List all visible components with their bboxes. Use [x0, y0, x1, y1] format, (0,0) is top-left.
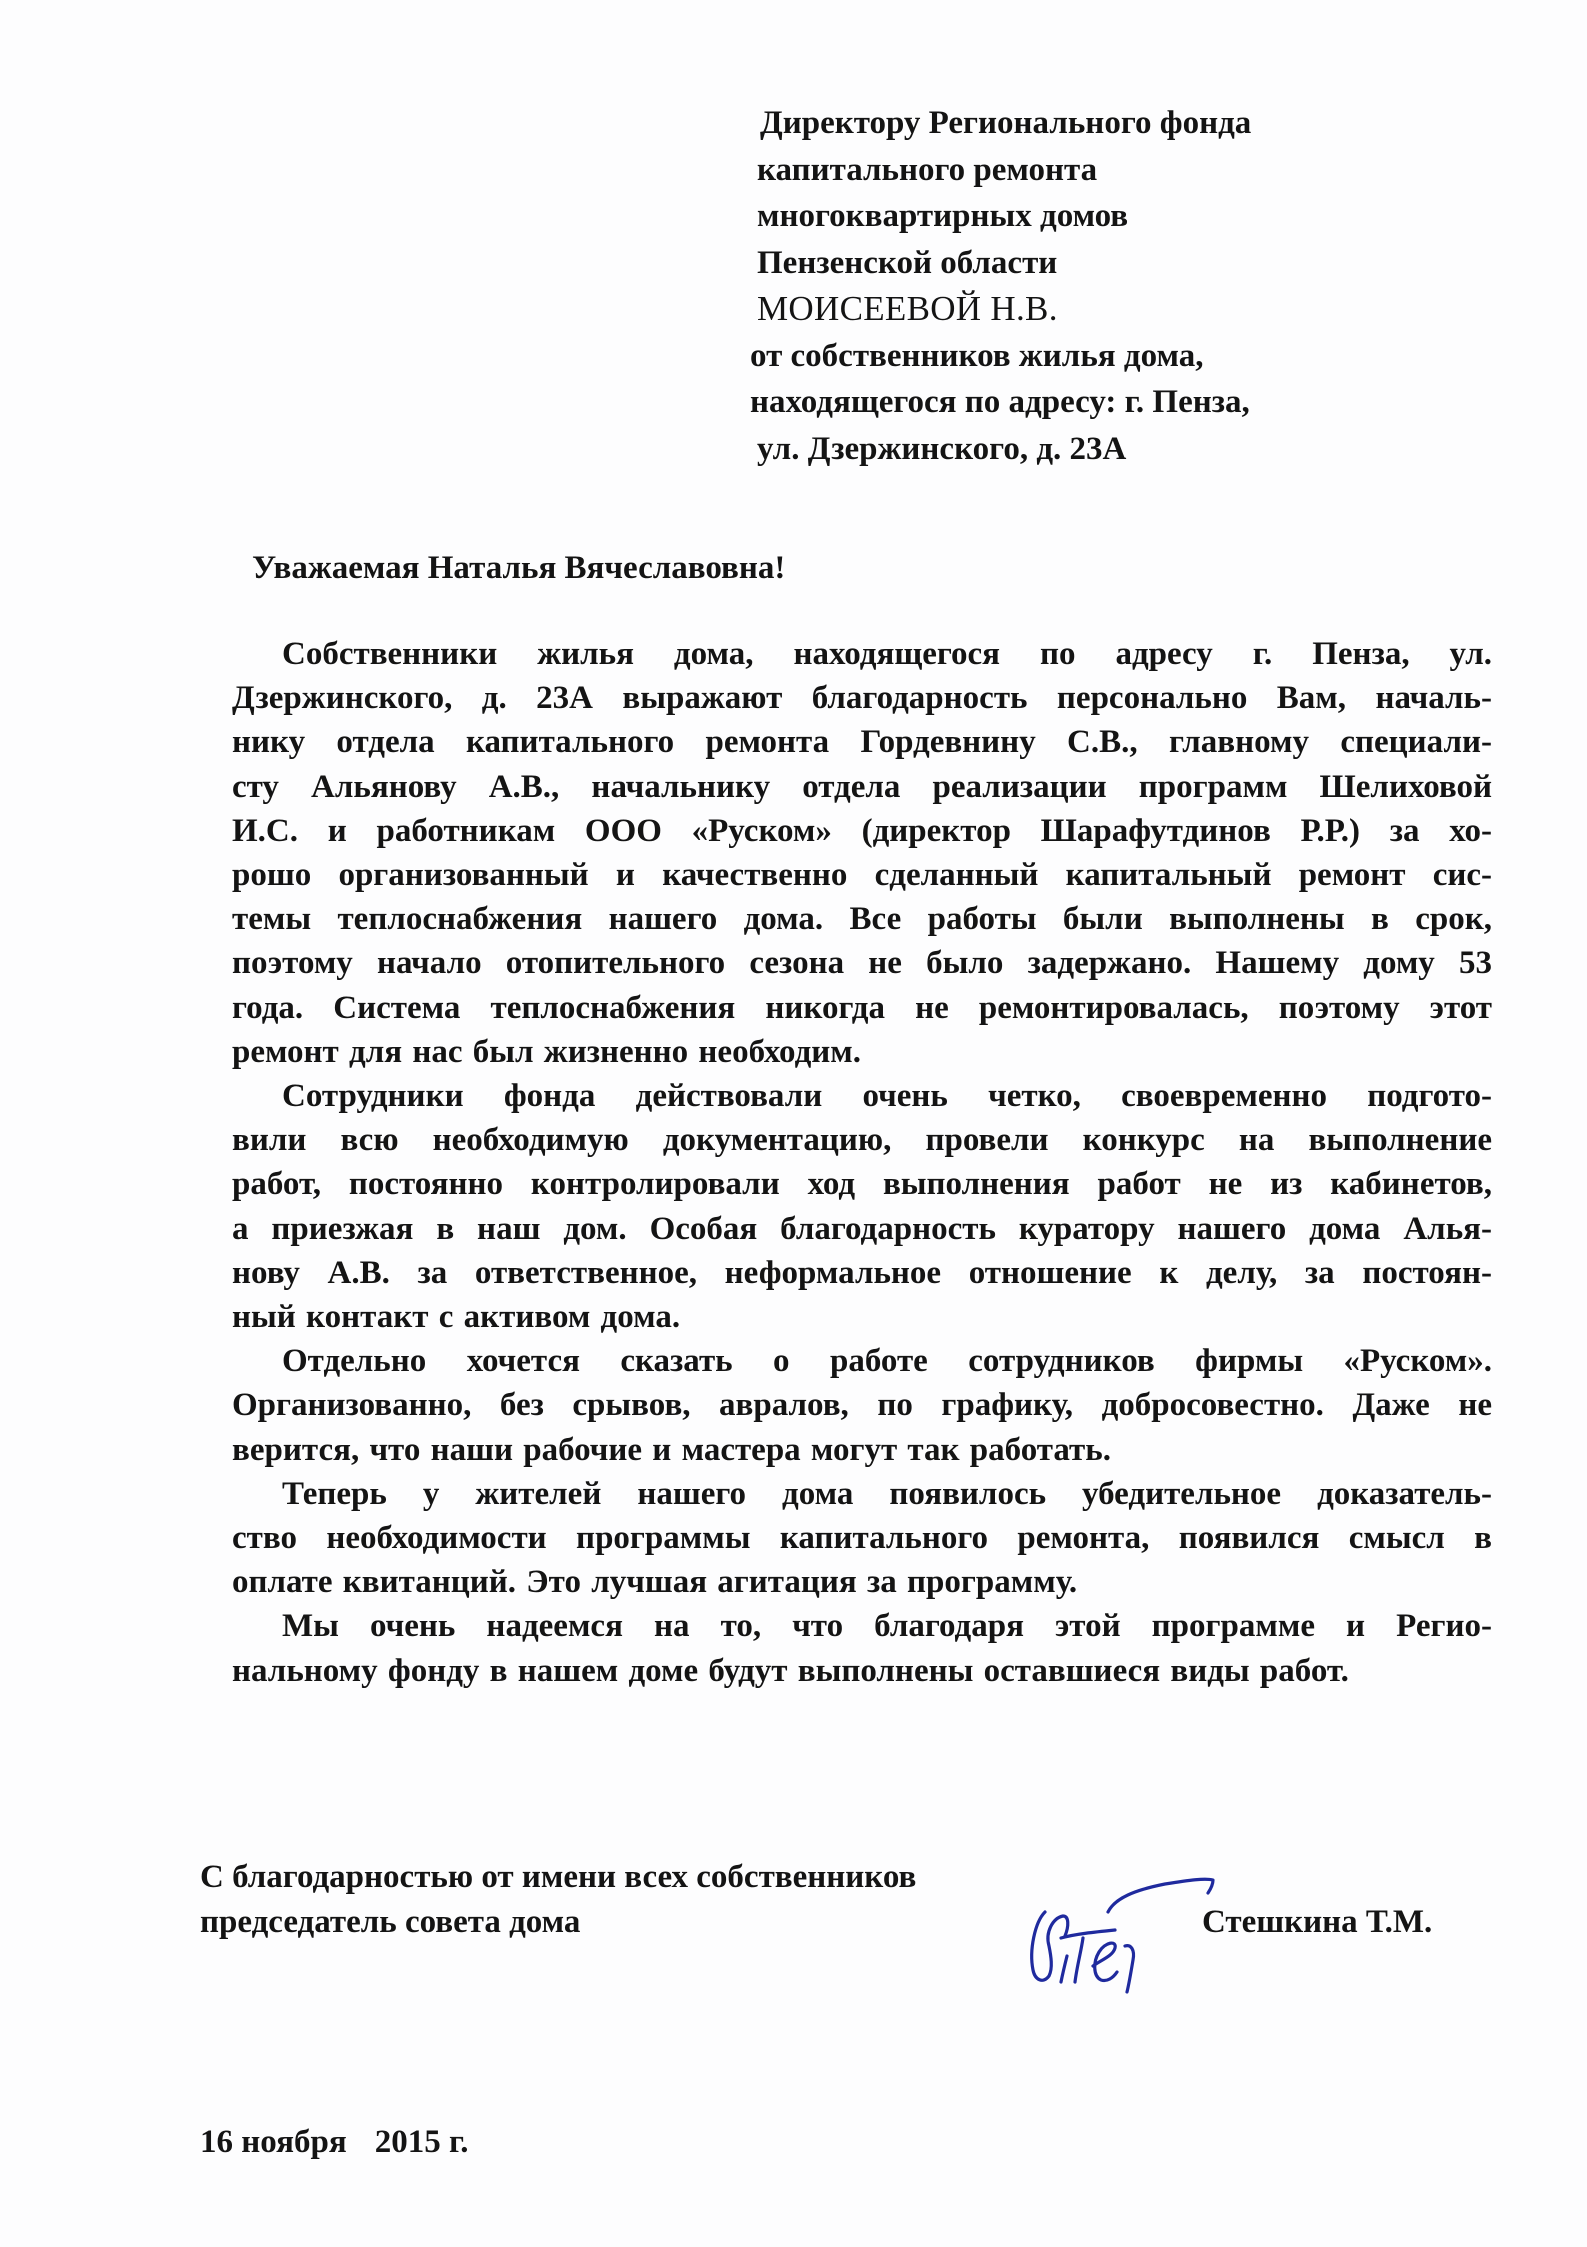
addressee-line: находящегося по адресу: г. Пенза, — [750, 379, 1395, 426]
text-line: Собственники жилья дома, находящегося по… — [182, 632, 1492, 676]
text-line: И.С. и работникам ООО «Руском» (директор… — [182, 809, 1492, 853]
text-line: работ, постоянно контролировали ход выпо… — [182, 1162, 1492, 1206]
text-line: вили всю необходимую документацию, прове… — [182, 1118, 1492, 1162]
text-line: Дзержинского, д. 23А выражают благодарно… — [182, 676, 1492, 720]
addressee-line: Директору Регионального фонда — [760, 100, 1395, 147]
text-line: нову А.В. за ответственное, неформальное… — [182, 1251, 1492, 1295]
text-line: Организованно, без срывов, авралов, по г… — [182, 1383, 1492, 1427]
signer-title: председатель совета дома — [200, 1900, 916, 1945]
paragraph: Сотрудники фонда действовали очень четко… — [182, 1074, 1492, 1339]
text-line: темы теплоснабжения нашего дома. Все раб… — [182, 897, 1492, 941]
paragraph: Отдельно хочется сказать о работе сотруд… — [182, 1339, 1492, 1472]
text-line: рошо организованный и качественно сделан… — [182, 853, 1492, 897]
text-line: нику отдела капитального ремонта Гордевн… — [182, 720, 1492, 764]
text-line: ство необходимости программы капитальног… — [182, 1516, 1492, 1560]
text-line: нальному фонду в нашем доме будут выполн… — [182, 1649, 1492, 1693]
addressee-line: от собственников жилья дома, — [750, 333, 1395, 380]
text-line: ремонт для нас был жизненно необходим. — [182, 1030, 1492, 1074]
text-line: Мы очень надеемся на то, что благодаря э… — [182, 1604, 1492, 1648]
text-line: сту Альянову А.В., начальнику отдела реа… — [182, 765, 1492, 809]
addressee-block: Директору Регионального фонда капитально… — [755, 100, 1395, 472]
text-line: года. Система теплоснабжения никогда не … — [182, 986, 1492, 1030]
text-line: ный контакт с активом дома. — [182, 1295, 1492, 1339]
text-line: оплате квитанций. Это лучшая агитация за… — [182, 1560, 1492, 1604]
closing-line: С благодарностью от имени всех собственн… — [200, 1855, 916, 1900]
addressee-line: Пензенской области — [757, 240, 1395, 287]
text-line: Теперь у жителей нашего дома появилось у… — [182, 1472, 1492, 1516]
addressee-line: капитального ремонта — [757, 147, 1395, 194]
text-line: верится, что наши рабочие и мастера могу… — [182, 1428, 1492, 1472]
paragraph: Мы очень надеемся на то, что благодаря э… — [182, 1604, 1492, 1692]
salutation: Уважаемая Наталья Вячеславовна! — [252, 545, 785, 591]
date-year: 2015 г. — [375, 2124, 469, 2160]
text-line: поэтому начало отопительного сезона не б… — [182, 941, 1492, 985]
paragraph: Собственники жилья дома, находящегося по… — [182, 632, 1492, 1074]
text-line: а приезжая в наш дом. Особая благодарнос… — [182, 1207, 1492, 1251]
addressee-line: ул. Дзержинского, д. 23А — [757, 426, 1395, 473]
letter-date: 16 ноября2015 г. — [200, 2120, 468, 2165]
letter-body: Собственники жилья дома, находящегося по… — [182, 632, 1492, 1693]
text-line: Отдельно хочется сказать о работе сотруд… — [182, 1339, 1492, 1383]
addressee-line: многоквартирных домов — [757, 193, 1395, 240]
addressee-name: МОИСЕЕВОЙ Н.В. — [757, 286, 1395, 333]
signer-name: Стешкина Т.М. — [1202, 1900, 1432, 1945]
date-day-month: 16 ноября — [200, 2124, 347, 2160]
closing-block: С благодарностью от имени всех собственн… — [200, 1855, 916, 1945]
text-line: Сотрудники фонда действовали очень четко… — [182, 1074, 1492, 1118]
letter-page: Директору Регионального фонда капитально… — [0, 0, 1587, 2247]
paragraph: Теперь у жителей нашего дома появилось у… — [182, 1472, 1492, 1605]
